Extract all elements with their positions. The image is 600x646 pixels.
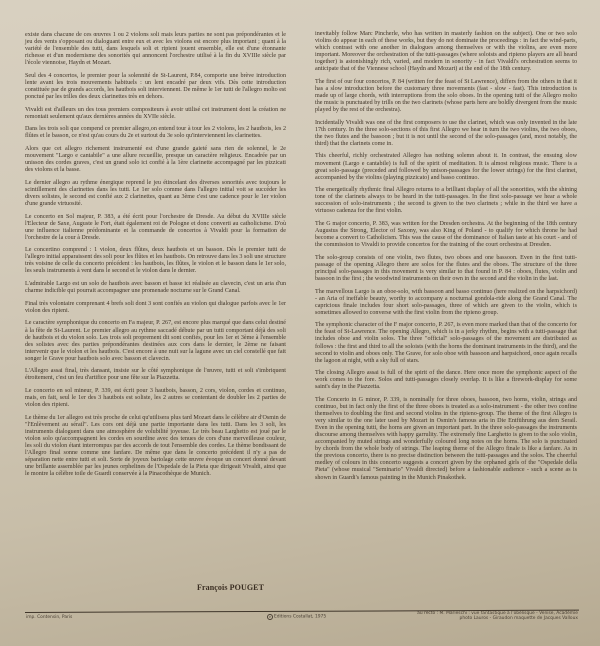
- paragraph: existe dans chacune de ces œuvres 1 ou 2…: [25, 32, 286, 67]
- paragraph: The symphonic character of the F major c…: [315, 322, 577, 364]
- paragraph: Vivaldi est d'ailleurs un des tous premi…: [25, 107, 286, 121]
- paragraph: The closing Allegro assai is full of the…: [315, 370, 577, 391]
- paragraph: Final très volontaire comprenant 4 brefs…: [25, 301, 286, 315]
- paragraph: The Concerto in G minor, P. 339, is nomi…: [315, 397, 577, 482]
- cover-credits: au recto : M. Marieschi : vue fantastiqu…: [378, 611, 578, 621]
- copyright-text: Editions Costallat, 1975: [274, 615, 326, 620]
- paragraph: Le concerto en Sol majeur, P. 383, a été…: [25, 214, 286, 242]
- paragraph: L'Allegro assai final, très dansant, ins…: [25, 368, 286, 382]
- paragraph: Le dernier allegro au rythme énergique r…: [25, 180, 286, 208]
- paragraph: Incidentally Vivaldi was one of the firs…: [315, 120, 577, 148]
- paragraph: L'admirable Largo est un solo de hautboi…: [25, 281, 286, 295]
- paragraph: Alors que cet allegro richement instrume…: [25, 146, 286, 174]
- paragraph: Le caractère symphonique du concerto en …: [25, 320, 286, 362]
- paragraph: Seul des 4 concertos, le premier pour la…: [25, 73, 286, 101]
- paragraph: This cheerful, richly orchestrated Alleg…: [315, 153, 577, 181]
- paragraph: Dans les trois soli que compend ce premi…: [25, 126, 286, 140]
- copyright-notice: PEditions Costallat, 1975: [267, 614, 326, 620]
- paragraph: The marvellous Largo is an oboe-solo, wi…: [315, 289, 577, 317]
- paragraph: Le concertino comprend : 1 violon, deux …: [25, 247, 286, 275]
- paragraph: The G major concerto, P. 383, was writte…: [315, 221, 577, 249]
- paragraph: inevitably follow Marc Pincherle, who ha…: [315, 31, 577, 73]
- author-signature: François POUGET: [197, 583, 264, 592]
- french-notes-column: existe dans chacune de ces œuvres 1 ou 2…: [25, 32, 286, 484]
- paragraph: Le thème du 1er allegro est très proche …: [25, 415, 286, 478]
- paragraph: The energetically rhythmic final Allegro…: [315, 187, 577, 215]
- paragraph: Le concerto en sol mineur, P. 339, est é…: [25, 388, 286, 409]
- photo-credit-line: photo Lauros - Giraudon maquette de Jacq…: [378, 616, 578, 621]
- copyright-icon: P: [267, 614, 273, 620]
- liner-notes-page: existe dans chacune de ces œuvres 1 ou 2…: [0, 0, 600, 646]
- printer-credit: imp. Contensin, Paris: [26, 615, 72, 620]
- paragraph: The first of our four concertos, P. 84 (…: [315, 79, 577, 114]
- english-notes-column: inevitably follow Marc Pincherle, who ha…: [315, 31, 577, 487]
- paragraph: The solo-group consists of one violin, t…: [315, 255, 577, 283]
